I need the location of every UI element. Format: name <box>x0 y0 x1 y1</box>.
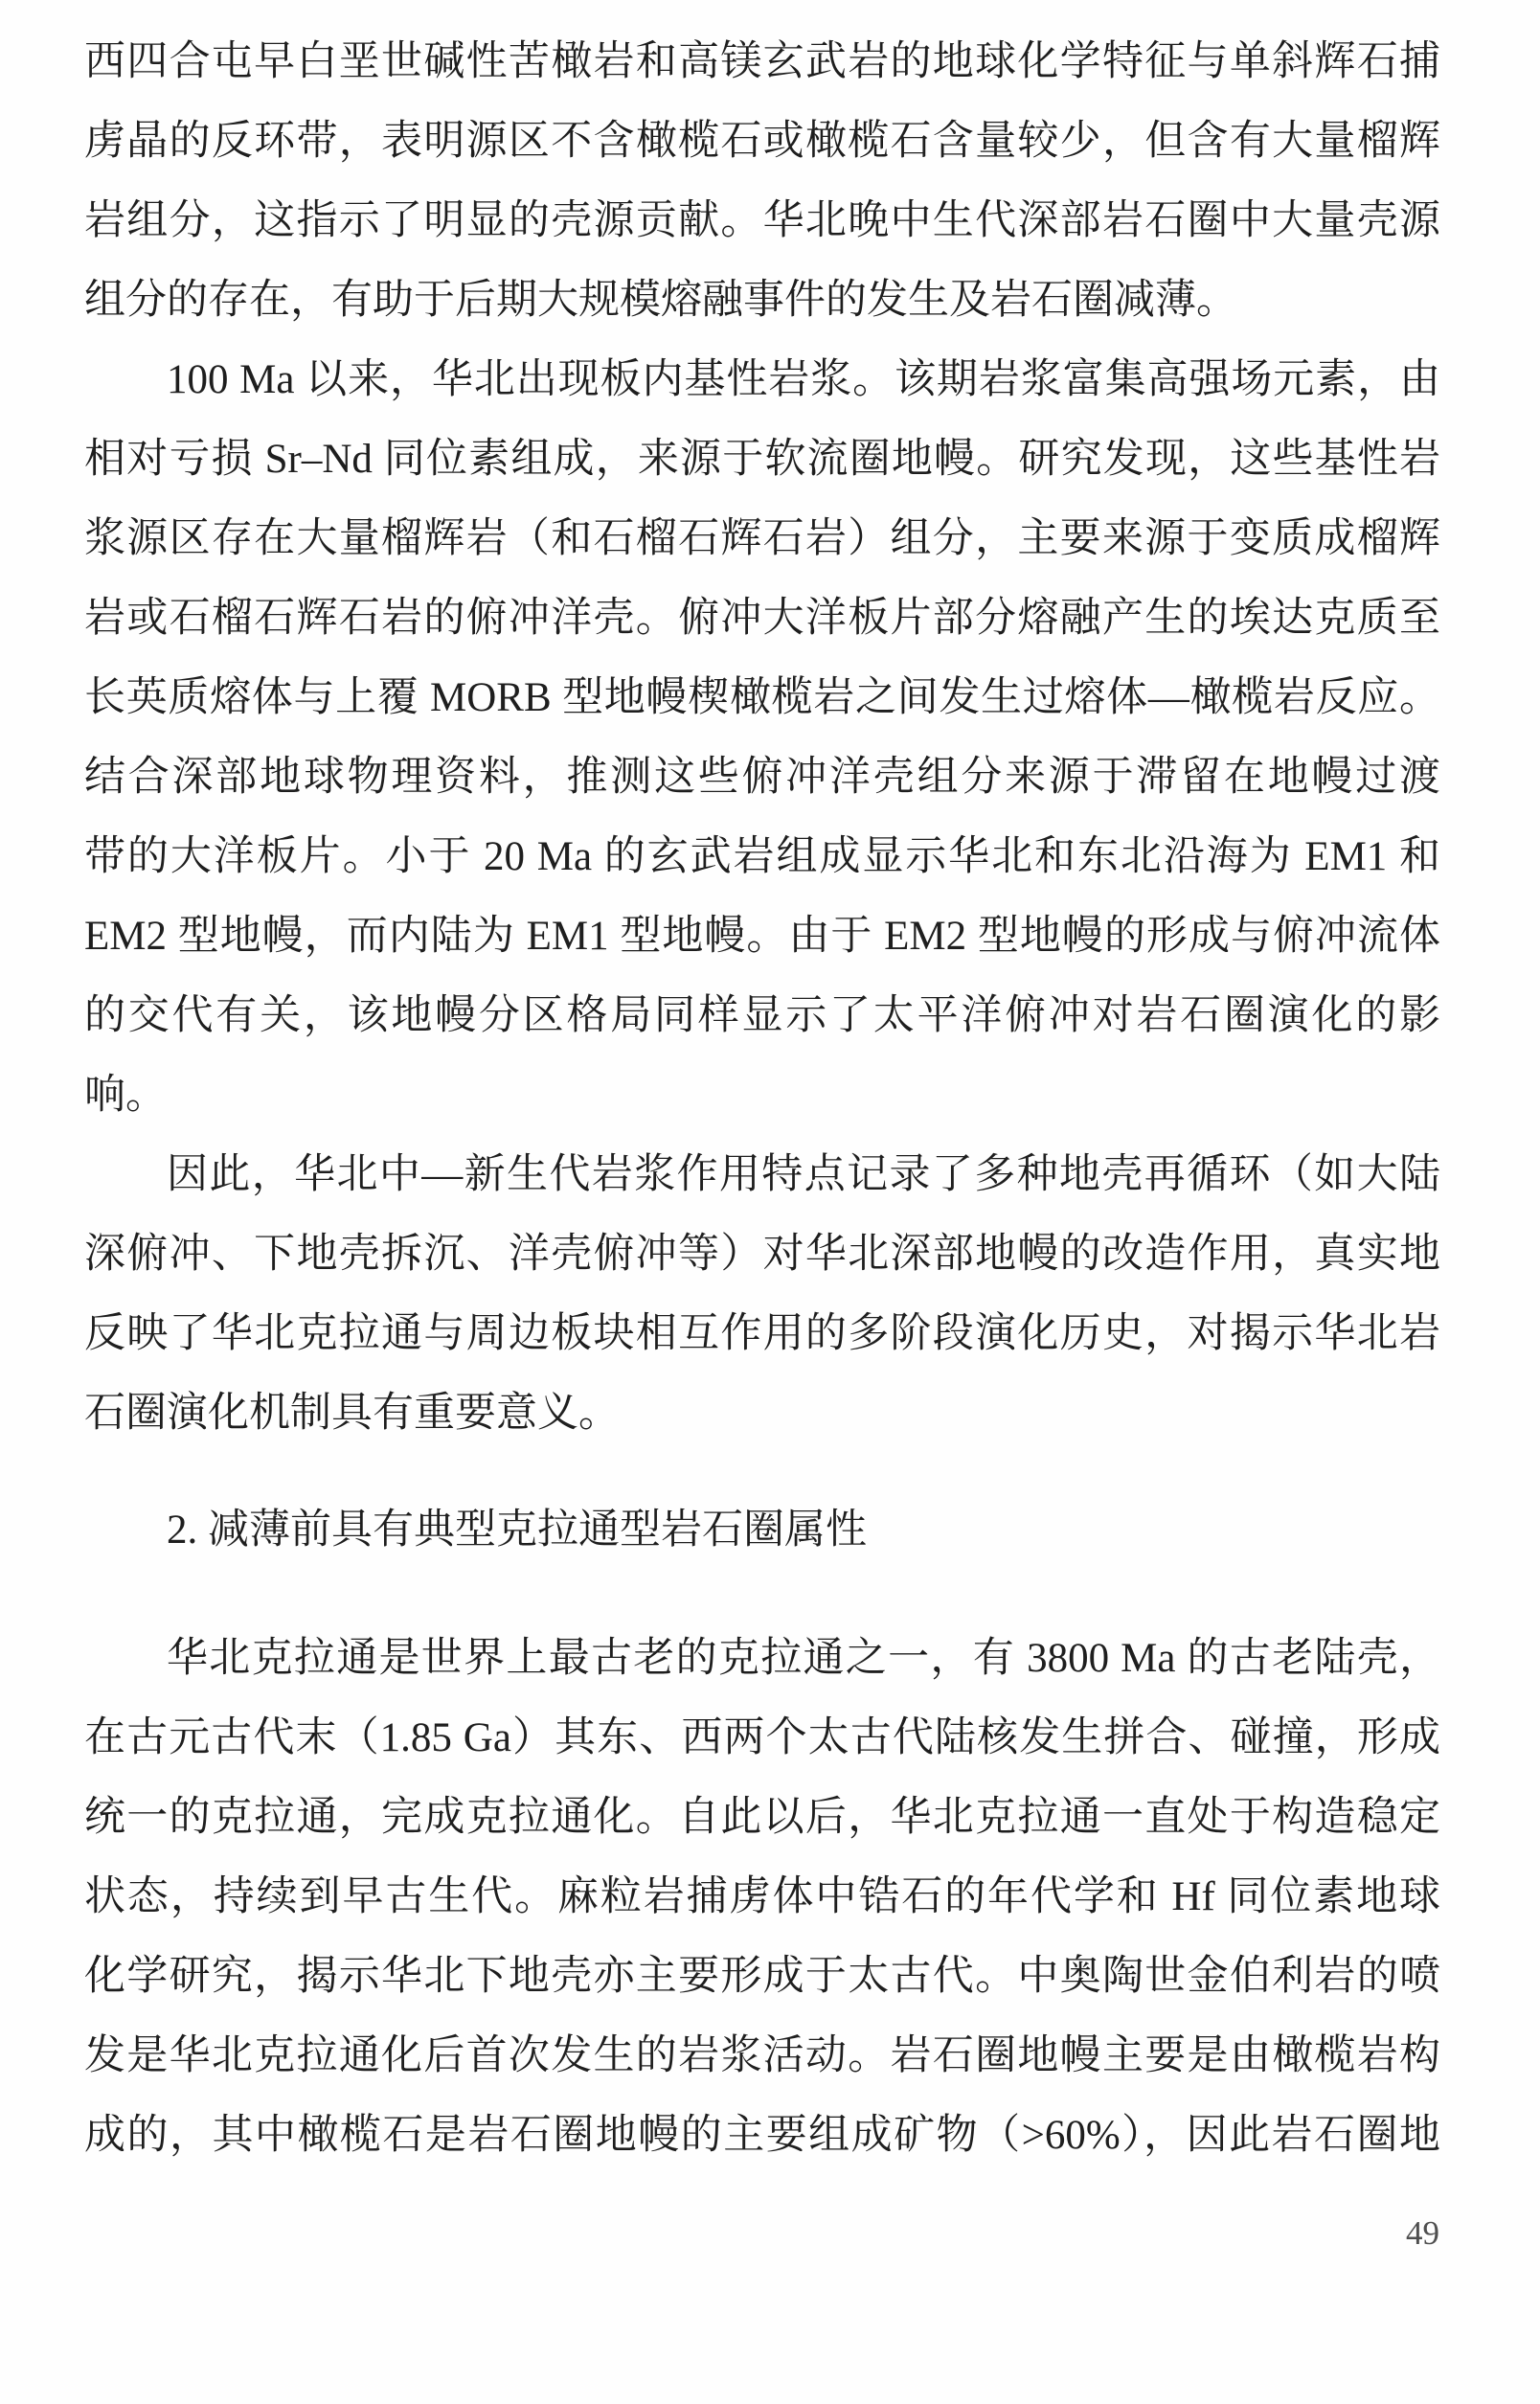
text-line: 反映了华北克拉通与周边板块相互作用的多阶段演化历史，对揭示华北岩 <box>84 1294 1440 1373</box>
text-line: 发是华北克拉通化后首次发生的岩浆活动。岩石圈地幔主要是由橄榄岩构 <box>84 2016 1440 2096</box>
paragraph: 西四合屯早白垩世碱性苦橄岩和高镁玄武岩的地球化学特征与单斜辉石捕虏晶的反环带，表… <box>84 22 1440 340</box>
text-line: 状态，持续到早古生代。麻粒岩捕虏体中锆石的年代学和 Hf 同位素地球 <box>84 1857 1440 1937</box>
text-line: 因此，华北中—新生代岩浆作用特点记录了多种地壳再循环（如大陆 <box>84 1135 1440 1214</box>
text-line: 100 Ma 以来，华北出现板内基性岩浆。该期岩浆富集高强场元素，由 <box>84 340 1440 420</box>
document-page: 西四合屯早白垩世碱性苦橄岩和高镁玄武岩的地球化学特征与单斜辉石捕虏晶的反环带，表… <box>0 0 1540 2404</box>
text-line: 在古元古代末（1.85 Ga）其东、西两个太古代陆核发生拼合、碰撞，形成 <box>84 1698 1440 1778</box>
paragraph: 100 Ma 以来，华北出现板内基性岩浆。该期岩浆富集高强场元素，由相对亏损 S… <box>84 340 1440 1135</box>
text-line: 西四合屯早白垩世碱性苦橄岩和高镁玄武岩的地球化学特征与单斜辉石捕 <box>84 22 1440 102</box>
text-line: 带的大洋板片。小于 20 Ma 的玄武岩组成显示华北和东北沿海为 EM1 和 <box>84 817 1440 896</box>
text-content: 西四合屯早白垩世碱性苦橄岩和高镁玄武岩的地球化学特征与单斜辉石捕虏晶的反环带，表… <box>84 22 1440 2175</box>
paragraph: 华北克拉通是世界上最古老的克拉通之一，有 3800 Ma 的古老陆壳，在古元古代… <box>84 1619 1440 2175</box>
text-line: 化学研究，揭示华北下地壳亦主要形成于太古代。中奥陶世金伯利岩的喷 <box>84 1937 1440 2016</box>
text-line: EM2 型地幔，而内陆为 EM1 型地幔。由于 EM2 型地幔的形成与俯冲流体 <box>84 896 1440 976</box>
text-line: 岩组分，这指示了明显的壳源贡献。华北晚中生代深部岩石圈中大量壳源 <box>84 181 1440 261</box>
text-line: 结合深部地球物理资料，推测这些俯冲洋壳组分来源于滞留在地幔过渡 <box>84 737 1440 817</box>
text-line: 统一的克拉通，完成克拉通化。自此以后，华北克拉通一直处于构造稳定 <box>84 1778 1440 1857</box>
text-line: 石圈演化机制具有重要意义。 <box>84 1373 1440 1453</box>
text-line: 长英质熔体与上覆 MORB 型地幔楔橄榄岩之间发生过熔体—橄榄岩反应。 <box>84 658 1440 737</box>
text-line: 岩或石榴石辉石岩的俯冲洋壳。俯冲大洋板片部分熔融产生的埃达克质至 <box>84 578 1440 658</box>
page-number: 49 <box>1406 2214 1439 2253</box>
text-line: 的交代有关，该地幔分区格局同样显示了太平洋俯冲对岩石圈演化的影响。 <box>84 976 1440 1135</box>
text-line: 组分的存在，有助于后期大规模熔融事件的发生及岩石圈减薄。 <box>84 261 1440 340</box>
text-line: 2. 减薄前具有典型克拉通型岩石圈属性 <box>84 1490 1440 1570</box>
text-line: 浆源区存在大量榴辉岩（和石榴石辉石岩）组分，主要来源于变质成榴辉 <box>84 499 1440 578</box>
paragraph: 因此，华北中—新生代岩浆作用特点记录了多种地壳再循环（如大陆深俯冲、下地壳拆沉、… <box>84 1135 1440 1453</box>
section-heading: 2. 减薄前具有典型克拉通型岩石圈属性 <box>84 1490 1440 1570</box>
text-line: 华北克拉通是世界上最古老的克拉通之一，有 3800 Ma 的古老陆壳， <box>84 1619 1440 1698</box>
text-line: 深俯冲、下地壳拆沉、洋壳俯冲等）对华北深部地幔的改造作用，真实地 <box>84 1214 1440 1294</box>
text-line: 成的，其中橄榄石是岩石圈地幔的主要组成矿物（>60%），因此岩石圈地 <box>84 2096 1440 2175</box>
text-line: 相对亏损 Sr–Nd 同位素组成，来源于软流圈地幔。研究发现，这些基性岩 <box>84 420 1440 499</box>
text-line: 虏晶的反环带，表明源区不含橄榄石或橄榄石含量较少，但含有大量榴辉 <box>84 102 1440 181</box>
